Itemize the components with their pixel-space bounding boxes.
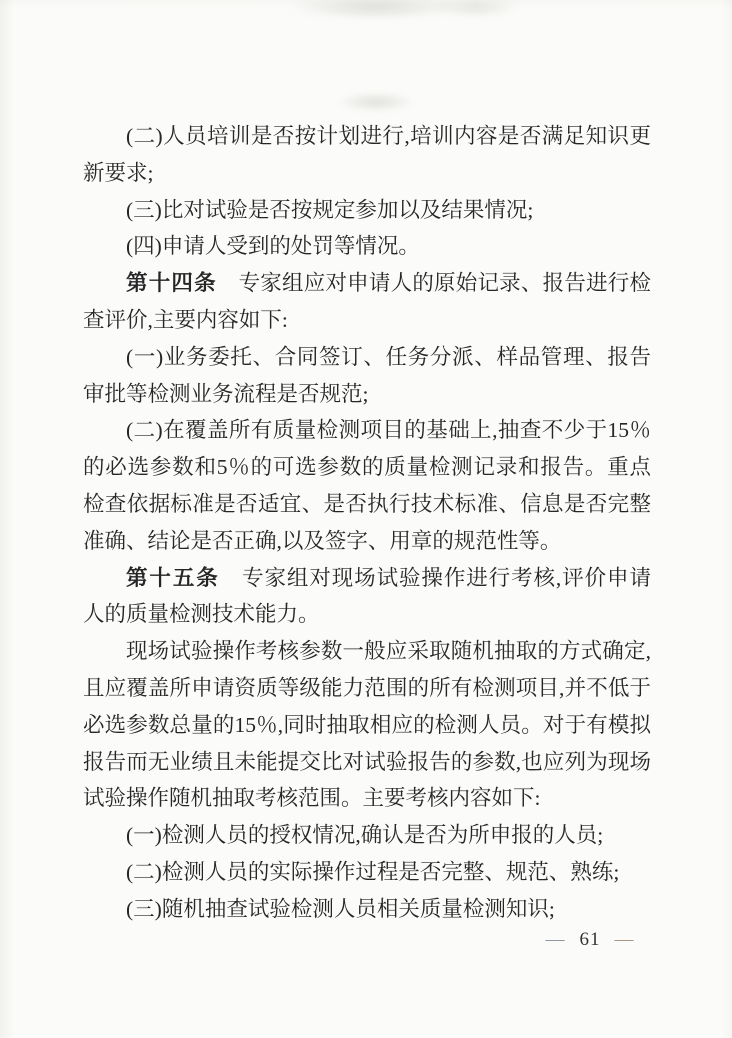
- page-number-dash-left: —: [546, 929, 566, 950]
- paragraph-item-2b: (二)在覆盖所有质量检测项目的基础上,抽查不少于15％的必选参数和5％的可选参数…: [83, 412, 651, 559]
- paragraph-exam-item-2: (二)检测人员的实际操作过程是否完整、规范、熟练;: [83, 854, 651, 891]
- paragraph-article-15: 第十五条 专家组对现场试验操作进行考核,评价申请人的质量检测技术能力。: [83, 560, 651, 634]
- paragraph-text: (三)比对试验是否按规定参加以及结果情况;: [126, 198, 533, 222]
- paragraph-text: (二)在覆盖所有质量检测项目的基础上,抽查不少于15％的必选参数和5％的可选参数…: [83, 418, 651, 552]
- scan-smudge: [288, 0, 463, 20]
- paragraph-item-3: (三)比对试验是否按规定参加以及结果情况;: [83, 192, 651, 229]
- paragraph-text: (二)人员培训是否按计划进行,培训内容是否满足知识更新要求;: [83, 124, 651, 185]
- paragraph-article-14: 第十四条 专家组应对申请人的原始记录、报告进行检查评价,主要内容如下:: [83, 265, 651, 339]
- page-number-value: 61: [580, 929, 601, 950]
- document-page: (二)人员培训是否按计划进行,培训内容是否满足知识更新要求; (三)比对试验是否…: [0, 0, 732, 1038]
- scan-smudge: [336, 92, 416, 112]
- paragraph-text: (一)业务委托、合同签订、任务分派、样品管理、报告审批等检测业务流程是否规范;: [83, 345, 651, 406]
- paragraph-exam-item-3: (三)随机抽查试验检测人员相关质量检测知识;: [83, 891, 651, 928]
- paragraph-text: (一)检测人员的授权情况,确认是否为所申报的人员;: [126, 823, 603, 847]
- scan-smudge: [430, 0, 520, 18]
- paragraph-exam-item-1: (一)检测人员的授权情况,确认是否为所申报的人员;: [83, 817, 651, 854]
- paragraph-item-2: (二)人员培训是否按计划进行,培训内容是否满足知识更新要求;: [83, 118, 651, 192]
- paragraph-exam-params: 现场试验操作考核参数一般应采取随机抽取的方式确定,且应覆盖所申请资质等级能力范围…: [83, 633, 651, 817]
- article-number-14: 第十四条: [126, 271, 217, 295]
- paragraph-text: (三)随机抽查试验检测人员相关质量检测知识;: [126, 897, 555, 921]
- paragraph-text: 现场试验操作考核参数一般应采取随机抽取的方式确定,且应覆盖所申请资质等级能力范围…: [83, 639, 651, 810]
- document-body: (二)人员培训是否按计划进行,培训内容是否满足知识更新要求; (三)比对试验是否…: [83, 118, 651, 928]
- article-number-15: 第十五条: [126, 566, 220, 590]
- paragraph-item-4: (四)申请人受到的处罚等情况。: [83, 228, 651, 265]
- page-number-dash-right: —: [615, 929, 635, 950]
- paragraph-item-1: (一)业务委托、合同签订、任务分派、样品管理、报告审批等检测业务流程是否规范;: [83, 339, 651, 413]
- page-number: —61—: [520, 929, 660, 951]
- paragraph-text: (四)申请人受到的处罚等情况。: [126, 234, 420, 258]
- paragraph-text: (二)检测人员的实际操作过程是否完整、规范、熟练;: [126, 860, 619, 884]
